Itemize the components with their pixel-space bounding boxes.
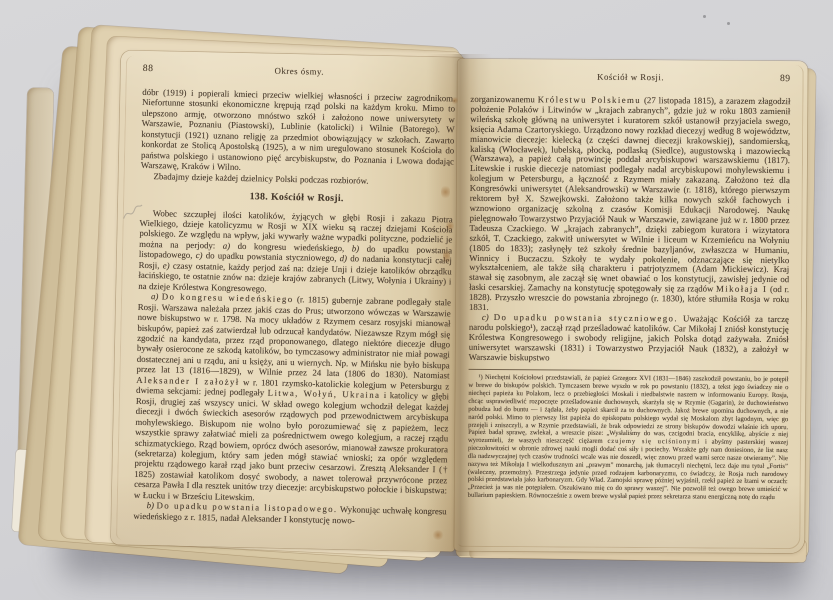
paragraph: zorganizowanemu Królestwu Polskiemu (27 … <box>469 95 791 315</box>
paragraph: dóbr (1919) i popierali kmieci przeciw w… <box>141 87 456 177</box>
left-page-text: dóbr (1919) i popierali kmieci przeciw w… <box>133 87 455 528</box>
section-heading: 138. Kościół w Rosji. <box>140 190 453 207</box>
right-page: Kościół w Rosji. 89 zorganizowanemu Król… <box>454 59 807 553</box>
running-header: Okres ósmy. <box>177 64 422 79</box>
left-page: 88 Okres ósmy. dóbr (1919) i popierali k… <box>111 50 465 551</box>
left-page-header: 88 Okres ósmy. <box>143 63 456 81</box>
right-page-header: Kościół w Rosji. 89 <box>471 71 791 84</box>
footnote-text: ¹) Niechętni Kościołowi przedstawiali, ż… <box>468 374 789 502</box>
dust-speck <box>703 15 706 18</box>
page-number: 89 <box>757 73 791 84</box>
paragraph: ¹) Niechętni Kościołowi przedstawiali, ż… <box>468 374 789 502</box>
footnote-separator <box>469 369 789 372</box>
photo-background: 88 Okres ósmy. dóbr (1919) i popierali k… <box>0 0 833 600</box>
running-header: Kościół w Rosji. <box>505 71 757 83</box>
right-page-text: zorganizowanemu Królestwu Polskiemu (27 … <box>469 95 791 365</box>
dust-speck <box>727 22 730 25</box>
pencil-mark <box>121 198 146 226</box>
paragraph: c) Do upadku powstania styczniowego. Uwa… <box>469 313 789 365</box>
paragraph: a) Do kongresu wiedeńskiego (r. 1815) gu… <box>134 291 451 507</box>
paragraph: Wobec szczupłej ilości katolików, żyjący… <box>138 207 453 297</box>
header-spacer <box>422 77 456 78</box>
page-number: 88 <box>143 63 177 75</box>
